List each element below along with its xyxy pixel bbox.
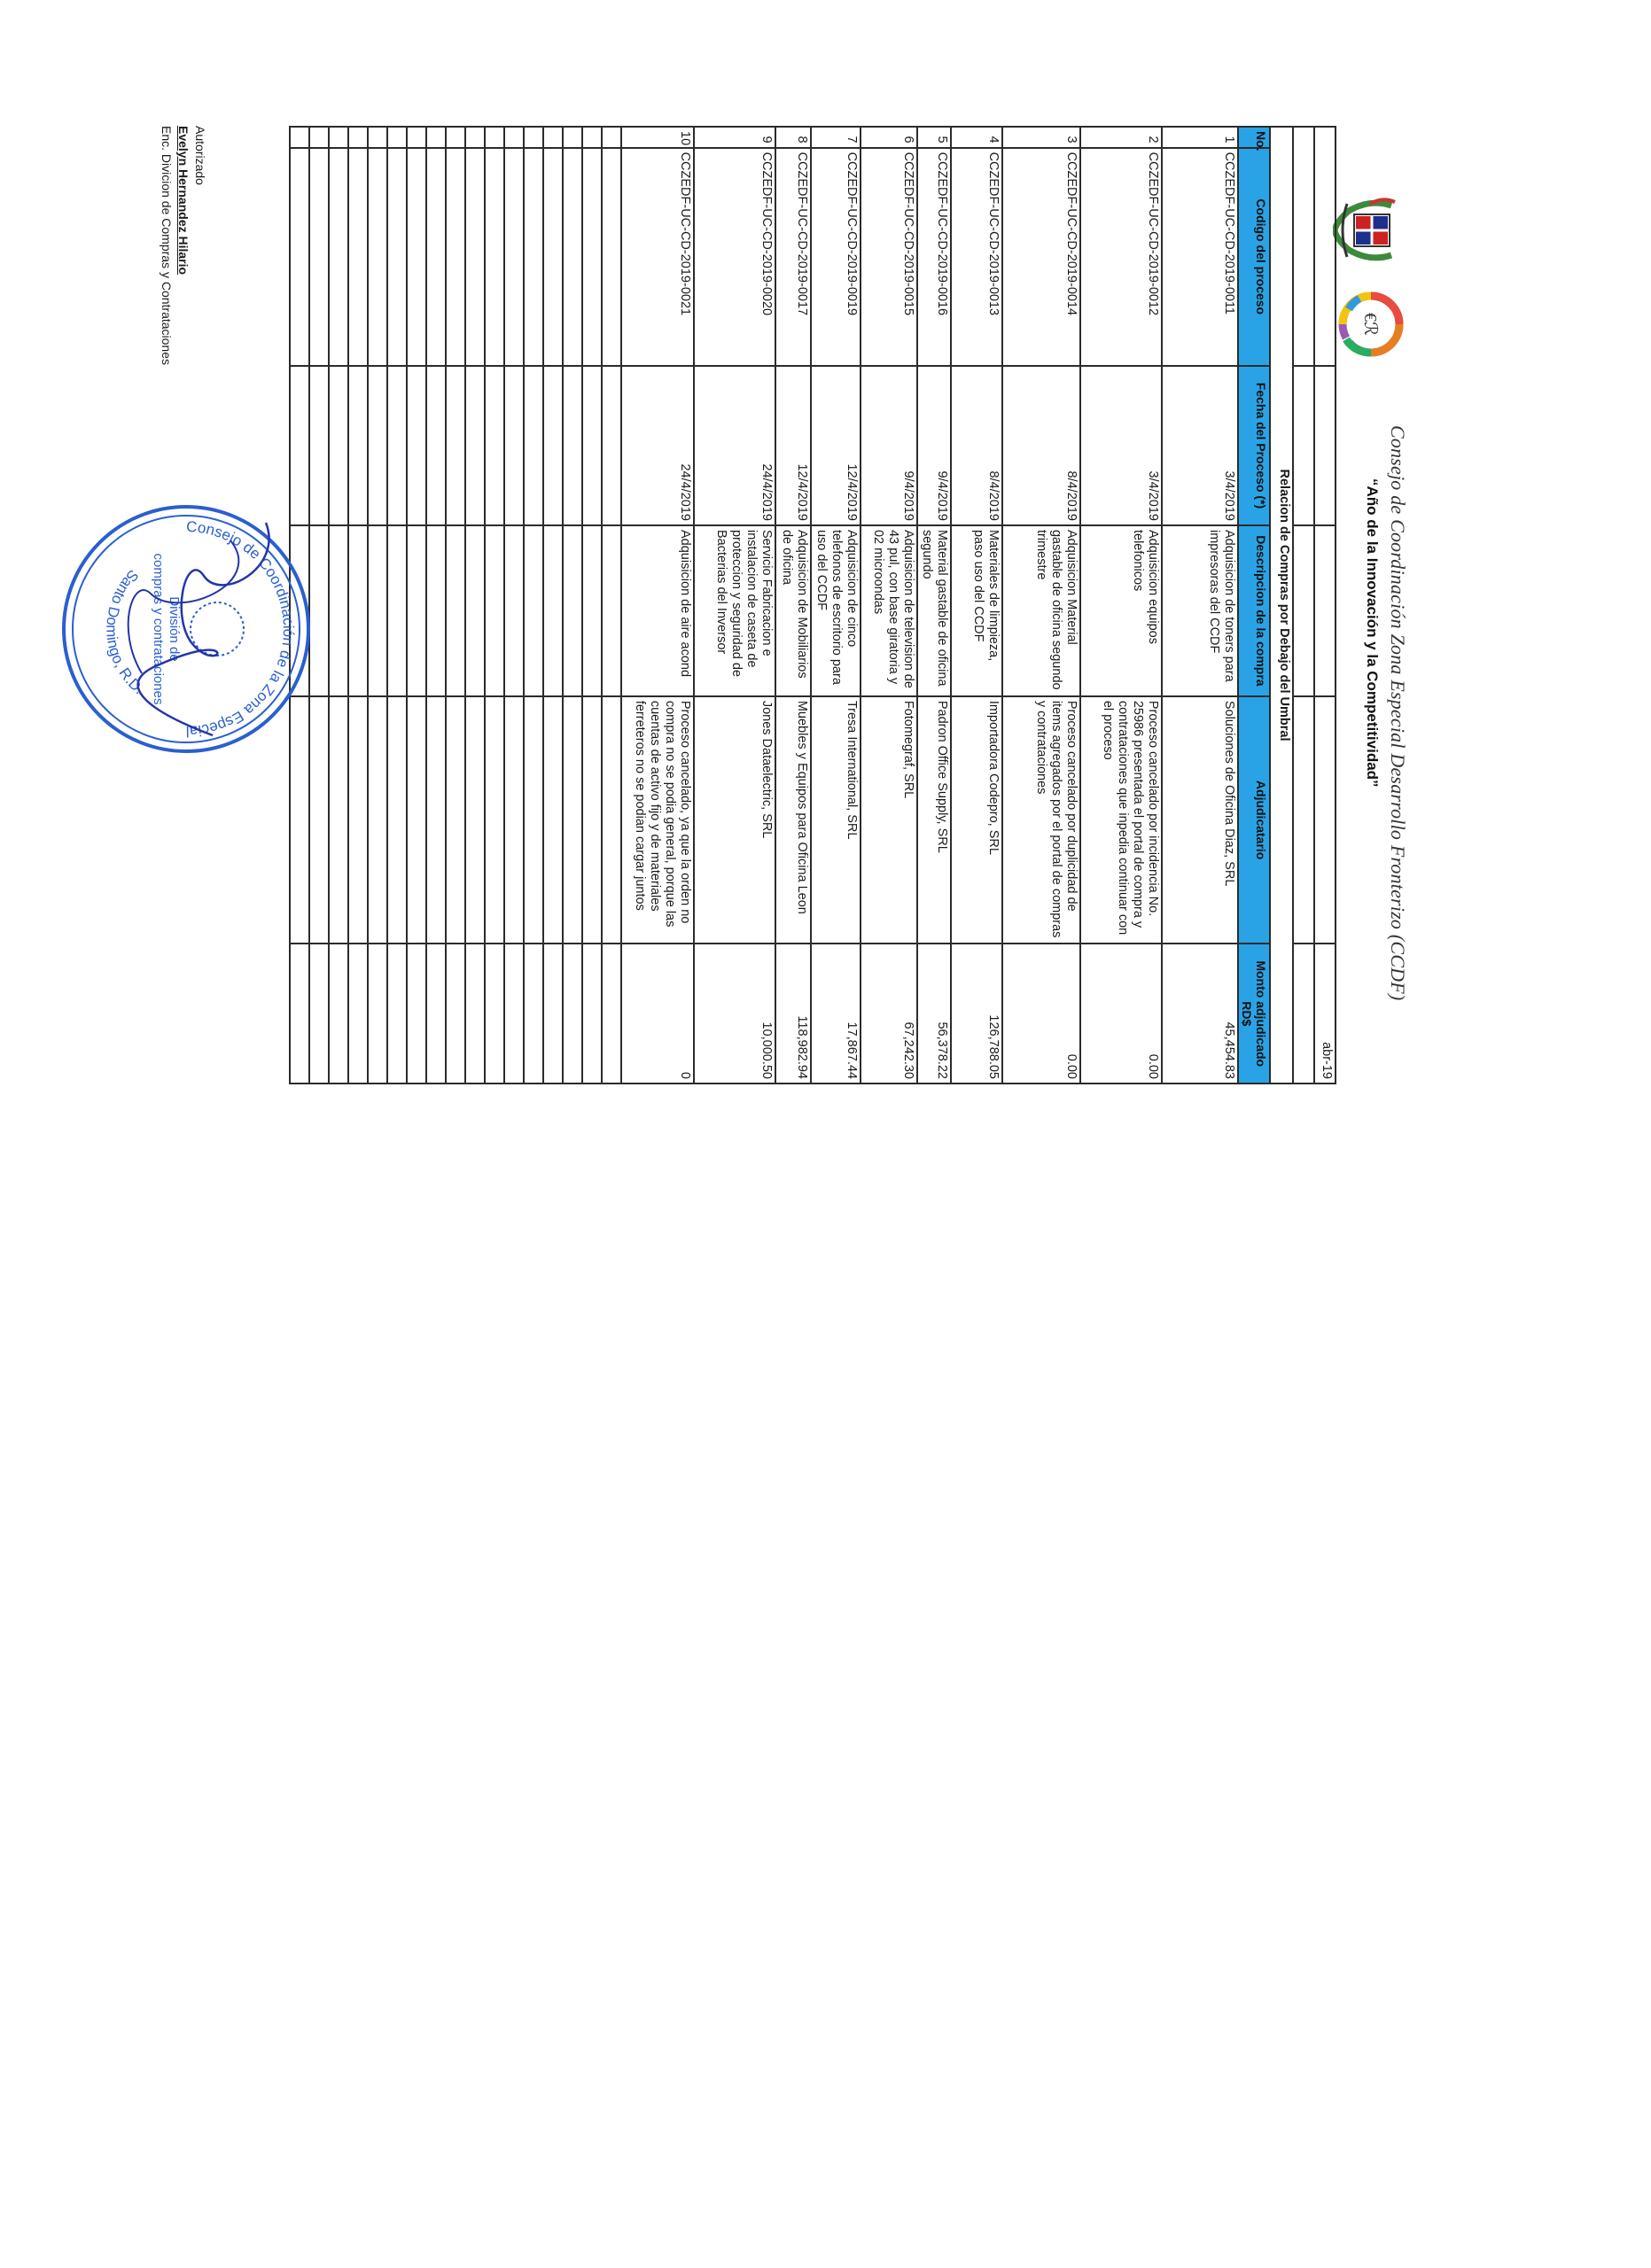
empty-row xyxy=(465,127,485,1084)
report-title: Relacion de Compras por Debajo del Umbra… xyxy=(1270,127,1293,1084)
blank-row xyxy=(1293,127,1314,1084)
empty-row xyxy=(524,127,543,1084)
empty-cell xyxy=(407,525,426,696)
empty-row xyxy=(582,127,602,1084)
cell-no: 7 xyxy=(811,127,861,148)
empty-cell xyxy=(465,944,485,1084)
empty-cell xyxy=(387,148,407,366)
cell-code: CCZEDF-UC-CD-2019-0014 xyxy=(1002,148,1080,366)
svg-text:€ℛ: €ℛ xyxy=(1360,313,1380,336)
cell-description: Material gastable de oficina segundo xyxy=(917,525,951,696)
empty-cell xyxy=(485,944,504,1084)
empty-cell xyxy=(465,525,485,696)
empty-cell xyxy=(524,148,543,366)
empty-row xyxy=(368,127,387,1084)
table-row: 5CCZEDF-UC-CD-2019-00169/4/2019Material … xyxy=(917,127,951,1084)
cell-no: 2 xyxy=(1080,127,1162,148)
empty-cell xyxy=(348,366,368,525)
cell-awardee: Muebles y Equipos para Oficina Leon xyxy=(775,696,811,944)
table-row: 4CCZEDF-UC-CD-2019-00138/4/2019Materiale… xyxy=(951,127,1002,1084)
column-header-amount: Monto adjudicado RD$ xyxy=(1238,944,1270,1084)
empty-row xyxy=(426,127,446,1084)
empty-cell xyxy=(290,127,309,148)
cell-awardee: Proceso cancelado, ya que la orden no co… xyxy=(621,696,694,944)
cell-no: 6 xyxy=(861,127,917,148)
table-row: 6CCZEDF-UC-CD-2019-00159/4/2019Adquisici… xyxy=(861,127,917,1084)
empty-cell xyxy=(446,127,465,148)
cell-description: Materiales de limpieza, paso uso del CCD… xyxy=(951,525,1002,696)
empty-cell xyxy=(387,127,407,148)
empty-cell xyxy=(563,366,582,525)
empty-row xyxy=(348,127,368,1084)
table-row: 2CCZEDF-UC-CD-2019-00123/4/2019Adquisici… xyxy=(1080,127,1162,1084)
empty-cell xyxy=(368,127,387,148)
empty-cell xyxy=(407,944,426,1084)
empty-cell xyxy=(504,127,524,148)
cell-date: 8/4/2019 xyxy=(951,366,1002,525)
empty-cell xyxy=(602,366,621,525)
empty-cell xyxy=(426,525,446,696)
empty-cell xyxy=(446,696,465,944)
cell-no: 1 xyxy=(1162,127,1238,148)
cell-amount: 118,982.94 xyxy=(775,944,811,1084)
cell-date: 12/4/2019 xyxy=(811,366,861,525)
empty-cell xyxy=(446,944,465,1084)
cell-amount: 126,788.05 xyxy=(951,944,1002,1084)
authorized-label: Autorizado xyxy=(191,126,208,365)
coat-of-arms-icon xyxy=(1333,195,1409,266)
empty-cell xyxy=(348,127,368,148)
empty-cell xyxy=(543,944,563,1084)
logo-group: €ℛ xyxy=(1329,195,1409,372)
empty-row xyxy=(602,127,621,1084)
empty-cell xyxy=(543,525,563,696)
empty-cell xyxy=(543,696,563,944)
cell-code: CCZEDF-UC-CD-2019-0013 xyxy=(951,148,1002,366)
table-row: 8CCZEDF-UC-CD-2019-001712/4/2019Adquisic… xyxy=(775,127,811,1084)
empty-row xyxy=(563,127,582,1084)
empty-cell xyxy=(329,366,348,525)
empty-row xyxy=(504,127,524,1084)
empty-cell xyxy=(426,696,446,944)
empty-cell xyxy=(387,525,407,696)
empty-cell xyxy=(465,696,485,944)
empty-cell xyxy=(309,944,329,1084)
cell-amount: 0.00 xyxy=(1002,944,1080,1084)
cell-code: CCZEDF-UC-CD-2019-0021 xyxy=(621,148,694,366)
empty-cell xyxy=(426,127,446,148)
cell-amount: 17,867.44 xyxy=(811,944,861,1084)
cell-date: 8/4/2019 xyxy=(1002,366,1080,525)
empty-cell xyxy=(426,148,446,366)
cell-amount: 0 xyxy=(621,944,694,1084)
ccdf-logo-icon: €ℛ xyxy=(1335,288,1407,361)
cell-awardee: Jones Dataelectric, SRL xyxy=(694,696,775,944)
cell-no: 5 xyxy=(917,127,951,148)
cell-awardee: Tresa International, SRL xyxy=(811,696,861,944)
column-header-code: Codigo del proceso xyxy=(1238,148,1270,366)
authorizer-name: Evelyn Hernandez Hilario xyxy=(175,126,191,365)
purchases-table: abr-19 Relacion de Compras por Debajo de… xyxy=(289,126,1336,1084)
empty-cell xyxy=(368,148,387,366)
cell-no: 3 xyxy=(1002,127,1080,148)
official-stamp: Consejo de Coordinación de la Zona Espec… xyxy=(53,496,319,762)
empty-cell xyxy=(309,148,329,366)
cell-no: 8 xyxy=(775,127,811,148)
cell-awardee: Proceso cancelado por duplicidad de item… xyxy=(1002,696,1080,944)
cell-awardee: Proceso cancelado por incidencia No. 259… xyxy=(1080,696,1162,944)
empty-cell xyxy=(602,148,621,366)
empty-cell xyxy=(407,366,426,525)
cell-amount: 67,242.30 xyxy=(861,944,917,1084)
organization-title: Consejo de Coordinación Zona Especial De… xyxy=(1386,425,1409,1000)
empty-cell xyxy=(348,148,368,366)
empty-cell xyxy=(348,696,368,944)
signature-stroke-icon xyxy=(128,540,239,673)
cell-code: CCZEDF-UC-CD-2019-0020 xyxy=(694,148,775,366)
empty-row xyxy=(387,127,407,1084)
empty-cell xyxy=(329,148,348,366)
year-motto: “Año de la Innovación y la Competitivida… xyxy=(1363,478,1381,788)
table-row: 7CCZEDF-UC-CD-2019-001912/4/2019Adquisic… xyxy=(811,127,861,1084)
cell-code: CCZEDF-UC-CD-2019-0011 xyxy=(1162,148,1238,366)
title-row: Relacion de Compras por Debajo del Umbra… xyxy=(1270,127,1293,1084)
empty-cell xyxy=(368,944,387,1084)
empty-cell xyxy=(426,944,446,1084)
cell-date: 3/4/2019 xyxy=(1162,366,1238,525)
empty-cell xyxy=(602,127,621,148)
empty-cell xyxy=(582,525,602,696)
table-row: 3CCZEDF-UC-CD-2019-00148/4/2019Adquisici… xyxy=(1002,127,1080,1084)
empty-cell xyxy=(290,944,309,1084)
empty-cell xyxy=(446,366,465,525)
cell-awardee: Soluciones de Oficina Diaz, SRL xyxy=(1162,696,1238,944)
empty-cell xyxy=(485,696,504,944)
empty-cell xyxy=(504,944,524,1084)
empty-row xyxy=(485,127,504,1084)
authorization-block: Autorizado Evelyn Hernandez Hilario Enc.… xyxy=(158,126,208,365)
column-header-no: No. xyxy=(1238,127,1270,148)
empty-cell xyxy=(582,366,602,525)
cell-date: 12/4/2019 xyxy=(775,366,811,525)
empty-cell xyxy=(524,525,543,696)
column-header-awardee: Adjudicatario xyxy=(1238,696,1270,944)
empty-cell xyxy=(524,944,543,1084)
empty-row xyxy=(543,127,563,1084)
cell-code: CCZEDF-UC-CD-2019-0015 xyxy=(861,148,917,366)
empty-cell xyxy=(485,127,504,148)
empty-row xyxy=(329,127,348,1084)
cell-code: CCZEDF-UC-CD-2019-0019 xyxy=(811,148,861,366)
empty-cell xyxy=(543,148,563,366)
empty-cell xyxy=(563,944,582,1084)
empty-cell xyxy=(329,127,348,148)
empty-cell xyxy=(582,944,602,1084)
empty-cell xyxy=(524,366,543,525)
empty-row xyxy=(446,127,465,1084)
table-header: No. Codigo del proceso Fecha del Proceso… xyxy=(1238,127,1270,1084)
cell-description: Adquisicion de aire acond xyxy=(621,525,694,696)
column-header-description: Descripcion de la compra xyxy=(1238,525,1270,696)
empty-cell xyxy=(485,525,504,696)
empty-cell xyxy=(602,944,621,1084)
cell-date: 24/4/2019 xyxy=(694,366,775,525)
column-header-date: Fecha del Proceso (*) xyxy=(1238,366,1270,525)
empty-cell xyxy=(504,148,524,366)
cell-code: CCZEDF-UC-CD-2019-0016 xyxy=(917,148,951,366)
empty-cell xyxy=(387,944,407,1084)
empty-cell xyxy=(309,127,329,148)
empty-cell xyxy=(368,525,387,696)
empty-cell xyxy=(485,366,504,525)
empty-cell xyxy=(426,366,446,525)
cell-amount: 10,000.50 xyxy=(694,944,775,1084)
empty-cell xyxy=(368,696,387,944)
empty-cell xyxy=(563,696,582,944)
empty-cell xyxy=(387,366,407,525)
empty-cell xyxy=(504,366,524,525)
empty-cell xyxy=(563,148,582,366)
empty-cell xyxy=(407,148,426,366)
empty-cell xyxy=(368,366,387,525)
empty-cell xyxy=(563,127,582,148)
empty-cell xyxy=(504,525,524,696)
cell-description: Servicio Fabricacion e instalacion de ca… xyxy=(694,525,775,696)
empty-cell xyxy=(602,696,621,944)
empty-cell xyxy=(446,525,465,696)
table-row: 9CCZEDF-UC-CD-2019-002024/4/2019Servicio… xyxy=(694,127,775,1084)
cell-date: 9/4/2019 xyxy=(917,366,951,525)
empty-cell xyxy=(329,525,348,696)
empty-cell xyxy=(524,127,543,148)
cell-date: 9/4/2019 xyxy=(861,366,917,525)
empty-cell xyxy=(465,366,485,525)
cell-amount: 45,454.83 xyxy=(1162,944,1238,1084)
empty-cell xyxy=(524,696,543,944)
empty-cell xyxy=(348,525,368,696)
empty-cell xyxy=(387,696,407,944)
cell-awardee: Fotomegraf, SRL xyxy=(861,696,917,944)
cell-amount: 0.00 xyxy=(1080,944,1162,1084)
empty-cell xyxy=(504,696,524,944)
cell-description: Adquisicion Material gastable de oficina… xyxy=(1002,525,1080,696)
stamp-emblem-icon xyxy=(191,602,244,656)
cell-amount: 56,378.22 xyxy=(917,944,951,1084)
empty-cell xyxy=(407,696,426,944)
empty-cell xyxy=(465,127,485,148)
stamp-inner-text-1: División de xyxy=(167,596,182,661)
empty-cell xyxy=(446,148,465,366)
cell-no: 4 xyxy=(951,127,1002,148)
empty-cell xyxy=(407,127,426,148)
cell-description: Adquisicion de television de 43 pul, con… xyxy=(861,525,917,696)
cell-code: CCZEDF-UC-CD-2019-0012 xyxy=(1080,148,1162,366)
stamp-inner-text-2: compras y contrataciones xyxy=(151,554,166,705)
report-period: abr-19 xyxy=(1314,944,1336,1084)
table-row: 1CCZEDF-UC-CD-2019-00113/4/2019Adquisici… xyxy=(1162,127,1238,1084)
period-row: abr-19 xyxy=(1314,127,1336,1084)
empty-cell xyxy=(582,127,602,148)
empty-cell xyxy=(485,148,504,366)
empty-cell xyxy=(602,525,621,696)
table-row: 10CCZEDF-UC-CD-2019-002124/4/2019Adquisi… xyxy=(621,127,694,1084)
empty-cell xyxy=(543,366,563,525)
empty-cell xyxy=(582,148,602,366)
empty-cell xyxy=(543,127,563,148)
cell-date: 24/4/2019 xyxy=(621,366,694,525)
empty-cell xyxy=(329,944,348,1084)
cell-description: Adquisicion equipos telefonicos xyxy=(1080,525,1162,696)
cell-description: Adquisicion de cinco telefonos de escrit… xyxy=(811,525,861,696)
empty-cell xyxy=(582,696,602,944)
cell-awardee: Padron Office Supply, SRL xyxy=(917,696,951,944)
scanned-document: €ℛ Consejo de Coordinación Zona Especial… xyxy=(44,106,1427,1099)
empty-cell xyxy=(290,148,309,366)
cell-code: CCZEDF-UC-CD-2019-0017 xyxy=(775,148,811,366)
empty-cell xyxy=(348,944,368,1084)
cell-description: Adquisicion de toners para impresoras de… xyxy=(1162,525,1238,696)
cell-awardee: Importadora Codepro, SRL xyxy=(951,696,1002,944)
empty-row xyxy=(407,127,426,1084)
empty-cell xyxy=(563,525,582,696)
cell-no: 9 xyxy=(694,127,775,148)
cell-no: 10 xyxy=(621,127,694,148)
empty-cell xyxy=(329,696,348,944)
cell-date: 3/4/2019 xyxy=(1080,366,1162,525)
cell-description: Adquisicion de Mobiliarios de oficina xyxy=(775,525,811,696)
authorizer-role: Enc. Divicion de Compras y Contratacione… xyxy=(158,126,175,365)
empty-cell xyxy=(465,148,485,366)
